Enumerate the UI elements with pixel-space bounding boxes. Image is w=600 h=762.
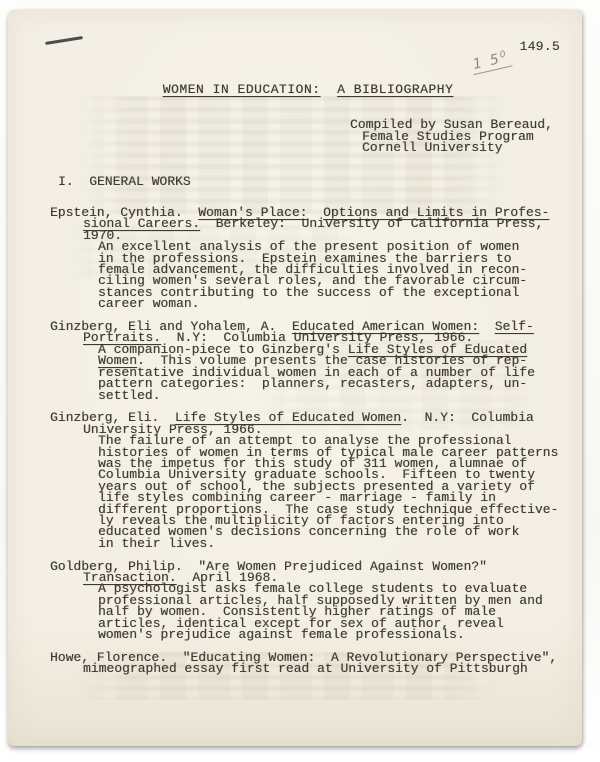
photo-background: 149.5 1 50 WOMEN IN EDUCATION: A BIBLIOG… <box>0 0 600 762</box>
annotation-line: settled. <box>50 390 566 401</box>
bibliography-entry: Epstein, Cynthia. Woman's Place: Options… <box>50 207 566 310</box>
bibliography-entry: Ginzberg, Eli and Yohalem, A. Educated A… <box>50 321 566 401</box>
page-title: WOMEN IN EDUCATION: A BIBLIOGRAPHY <box>50 84 566 95</box>
section-heading: I. GENERAL WORKS <box>58 176 566 187</box>
byline: Compiled by Susan Bereaud, Female Studie… <box>350 119 566 153</box>
typed-content: WOMEN IN EDUCATION: A BIBLIOGRAPHY Compi… <box>50 10 566 686</box>
bibliography-entries: Epstein, Cynthia. Woman's Place: Options… <box>50 207 566 675</box>
document-page: 149.5 1 50 WOMEN IN EDUCATION: A BIBLIOG… <box>8 10 582 746</box>
bibliography-entry: Ginzberg, Eli. Life Styles of Educated W… <box>50 412 566 549</box>
bibliography-entry: Goldberg, Philip. "Are Women Prejudiced … <box>50 561 566 641</box>
annotation-line: in their lives. <box>50 538 566 549</box>
citation-line: sional Careers. Berkeley: University of … <box>50 218 566 229</box>
citation-line: mimeographed essay first read at Univers… <box>50 663 566 674</box>
bibliography-entry: Howe, Florence. "Educating Women: A Revo… <box>50 652 566 675</box>
